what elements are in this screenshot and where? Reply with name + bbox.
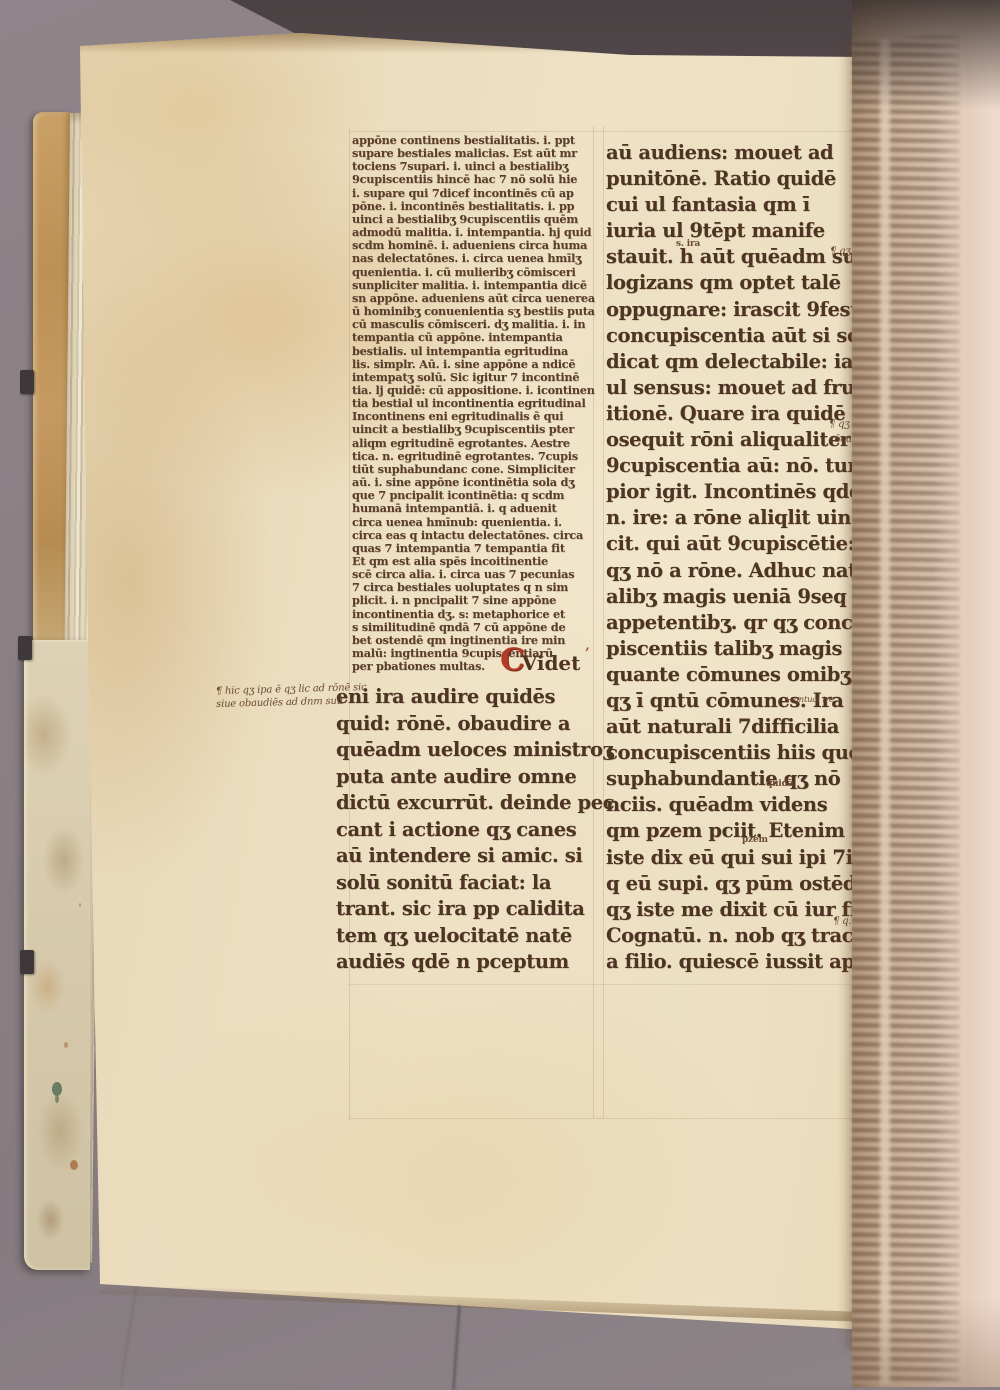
manuscript-text-line: humanā intempantiā. i. q aduenit	[352, 502, 594, 515]
manuscript-text-line: dictū excurrūt. deinde pec	[336, 790, 594, 817]
binding-clasp-mark	[20, 950, 34, 974]
manuscript-text-line: aliqm egritudinē egrotantes. Aestre	[352, 437, 594, 450]
left-text-column-large: eni ira audire quidēsquid: rōnē. obaudir…	[336, 684, 594, 976]
manuscript-text-line: quante cōmunes omibʒ	[606, 662, 858, 688]
manuscript-text-line: quēadm ueloces ministroʒ	[336, 737, 594, 764]
manuscript-text-line: dicat qm delectabile: iatō	[606, 349, 858, 375]
binding-clasp-mark	[20, 370, 34, 394]
manuscript-text-line: piscentiis talibʒ magis	[606, 636, 858, 662]
manuscript-text-line: itionē. Quare ira quidē	[606, 401, 858, 427]
right-margin-annotation: + qntual ire	[784, 694, 834, 707]
facing-page-foredge	[852, 0, 1000, 1387]
manuscript-text-line: iste dix eū qui sui ipi 7ille	[606, 845, 858, 871]
manuscript-photo: appōne continens bestialitatis. i. pptsu…	[0, 0, 1000, 1387]
manuscript-text-line: incontinentia dʒ. s: metaphorice et	[352, 608, 594, 621]
manuscript-text-line: 9cupiscentia aū: nō. tur	[606, 453, 858, 479]
manuscript-text-line: quenientia. i. cū mulieribʒ cōmisceri	[352, 266, 594, 279]
ruling-line	[603, 126, 604, 1118]
manuscript-text-line: punitōnē. Ratio quidē	[606, 166, 858, 192]
binding-clasp-mark	[18, 636, 32, 660]
ruling-line	[349, 984, 854, 985]
spine-green-speck	[52, 1082, 62, 1096]
manuscript-text-line: solū sonitū faciat: la	[336, 870, 594, 897]
manuscript-text-line: tem qʒ uelocitatē natē	[336, 923, 594, 950]
ruling-line	[349, 131, 854, 132]
manuscript-text-line: audiēs qdē n pceptum	[336, 949, 594, 976]
manuscript-text-line: appetentibʒ. qr qʒ concu	[606, 610, 858, 636]
manuscript-text-line: cui ul fantasia qm ī	[606, 192, 858, 218]
manuscript-text-line: aūt naturali 7difficilia	[606, 714, 858, 740]
manuscript-text-line: alibʒ magis ueniā 9seq	[606, 584, 858, 610]
left-margin-annotation: ¶ hic qʒ ipa ē qʒ lic ad rōnē sic siue o…	[216, 681, 367, 711]
manuscript-text-line: suphabundantie qʒ nō	[606, 766, 858, 792]
manuscript-text-line: aū intendere si amic. si	[336, 843, 594, 870]
manuscript-text-line: bestialis. ul intempantia egritudina	[352, 345, 594, 358]
manuscript-text-line: ul sensus: mouet ad fru	[606, 375, 858, 401]
right-text-column: aū audiens: mouet adpunitōnē. Ratio quid…	[606, 140, 858, 975]
foredge-highlight	[852, 0, 1000, 1387]
manuscript-text-line: cit. qui aūt 9cupiscētie:	[606, 531, 858, 557]
manuscript-text-line: concupiscentia aūt si solū	[606, 323, 858, 349]
manuscript-text-line: concupiscentiis hiis que	[606, 740, 858, 766]
red-flourish-mark: ’	[585, 646, 590, 661]
manuscript-text-line: iuria ul 9tēpt manife	[606, 218, 858, 244]
interlinear-gloss: quidā	[766, 779, 793, 789]
manuscript-text-line: intempatʒ solū. Sic igitur 7 incontinē	[352, 371, 594, 384]
manuscript-text-line: lis. simplr. Aū. i. sine appōne a ndicē	[352, 358, 594, 371]
spine-rust-speck	[70, 1160, 78, 1170]
manuscript-text-line: trant. sic ira pp calidita	[336, 896, 594, 923]
manuscript-text-line: aū audiens: mouet ad	[606, 140, 858, 166]
manuscript-text-line: uincit a bestialibʒ 9cupiscentiis pter	[352, 423, 594, 436]
left-text-column-small: appōne continens bestialitatis. i. pptsu…	[352, 134, 594, 673]
initial-word: Videt	[522, 651, 581, 675]
manuscript-text-line: Cognatū. n. nob qʒ tract	[606, 923, 858, 949]
manuscript-text-line: 9cupiscentiis hincē hac 7 nō solū hie	[352, 173, 594, 186]
foredge-bottom-shadow	[852, 1297, 1000, 1387]
manuscript-text-line: logizans qm optet talē	[606, 270, 858, 296]
manuscript-text-line: qm pzem pciit. Etenim	[606, 818, 858, 844]
manuscript-text-line: plicit. i. n pncipalit 7 sine appōne	[352, 594, 594, 607]
manuscript-text-line: qʒ nō a rōne. Adhuc nat	[606, 558, 858, 584]
manuscript-text-line: nciis. quēadm videns	[606, 792, 858, 818]
manuscript-text-line: tica. n. egritudinē egrotantes. 7cupis	[352, 450, 594, 463]
manuscript-text-line: s similitudinē qndā 7 cū appōne de	[352, 621, 594, 634]
manuscript-text-line: stauit. h aūt quēadm su	[606, 244, 858, 270]
manuscript-text-line: cant i actione qʒ canes	[336, 817, 594, 844]
manuscript-text-line: eni ira audire quidēs	[336, 684, 594, 711]
manuscript-text-line: circa uenea hmīnub: quenientia. i.	[352, 516, 594, 529]
manuscript-text-line: osequit rōni aliqualiter	[606, 427, 858, 453]
manuscript-text-line: qʒ iste me dixit cū iur fiat.	[606, 897, 858, 923]
manuscript-text-line: i. supare qui 7dicef incontinēs cū ap	[352, 187, 594, 200]
manuscript-text-line: q eū supi. qʒ pūm ostēdēs:	[606, 871, 858, 897]
interlinear-gloss: pzem	[742, 835, 768, 845]
manuscript-text-line: circa eas q intactu delectatōnes. circa	[352, 529, 594, 542]
manuscript-text-line: n. ire: a rōne aliqlit uin	[606, 505, 858, 531]
manuscript-text-line: quid: rōnē. obaudire a	[336, 711, 594, 738]
interlinear-gloss: s. ira	[676, 239, 700, 249]
manuscript-text-line: a filio. quiescē iussit apd	[606, 949, 858, 975]
decorated-initial: C	[500, 642, 525, 678]
foredge-top-shadow	[852, 0, 1000, 110]
manuscript-text-line: puta ante audire omne	[336, 764, 594, 791]
manuscript-text-line: oppugnare: irascit 9festī	[606, 297, 858, 323]
rubricated-initial-line: CVidet	[500, 642, 580, 678]
manuscript-text-line: sunpliciter malitia. i. intempantia dicē	[352, 279, 594, 292]
manuscript-text-line: pior igit. Incontinēs qdē	[606, 479, 858, 505]
manuscript-text-line: tempantia cū appōne. intempantia	[352, 331, 594, 344]
ruling-line	[349, 1118, 854, 1119]
manuscript-text-line: pōne. i. incontinēs bestialitatis. i. pp	[352, 200, 594, 213]
manuscript-text-line: nas delectatōnes. i. circa uenea hmīlʒ	[352, 252, 594, 265]
